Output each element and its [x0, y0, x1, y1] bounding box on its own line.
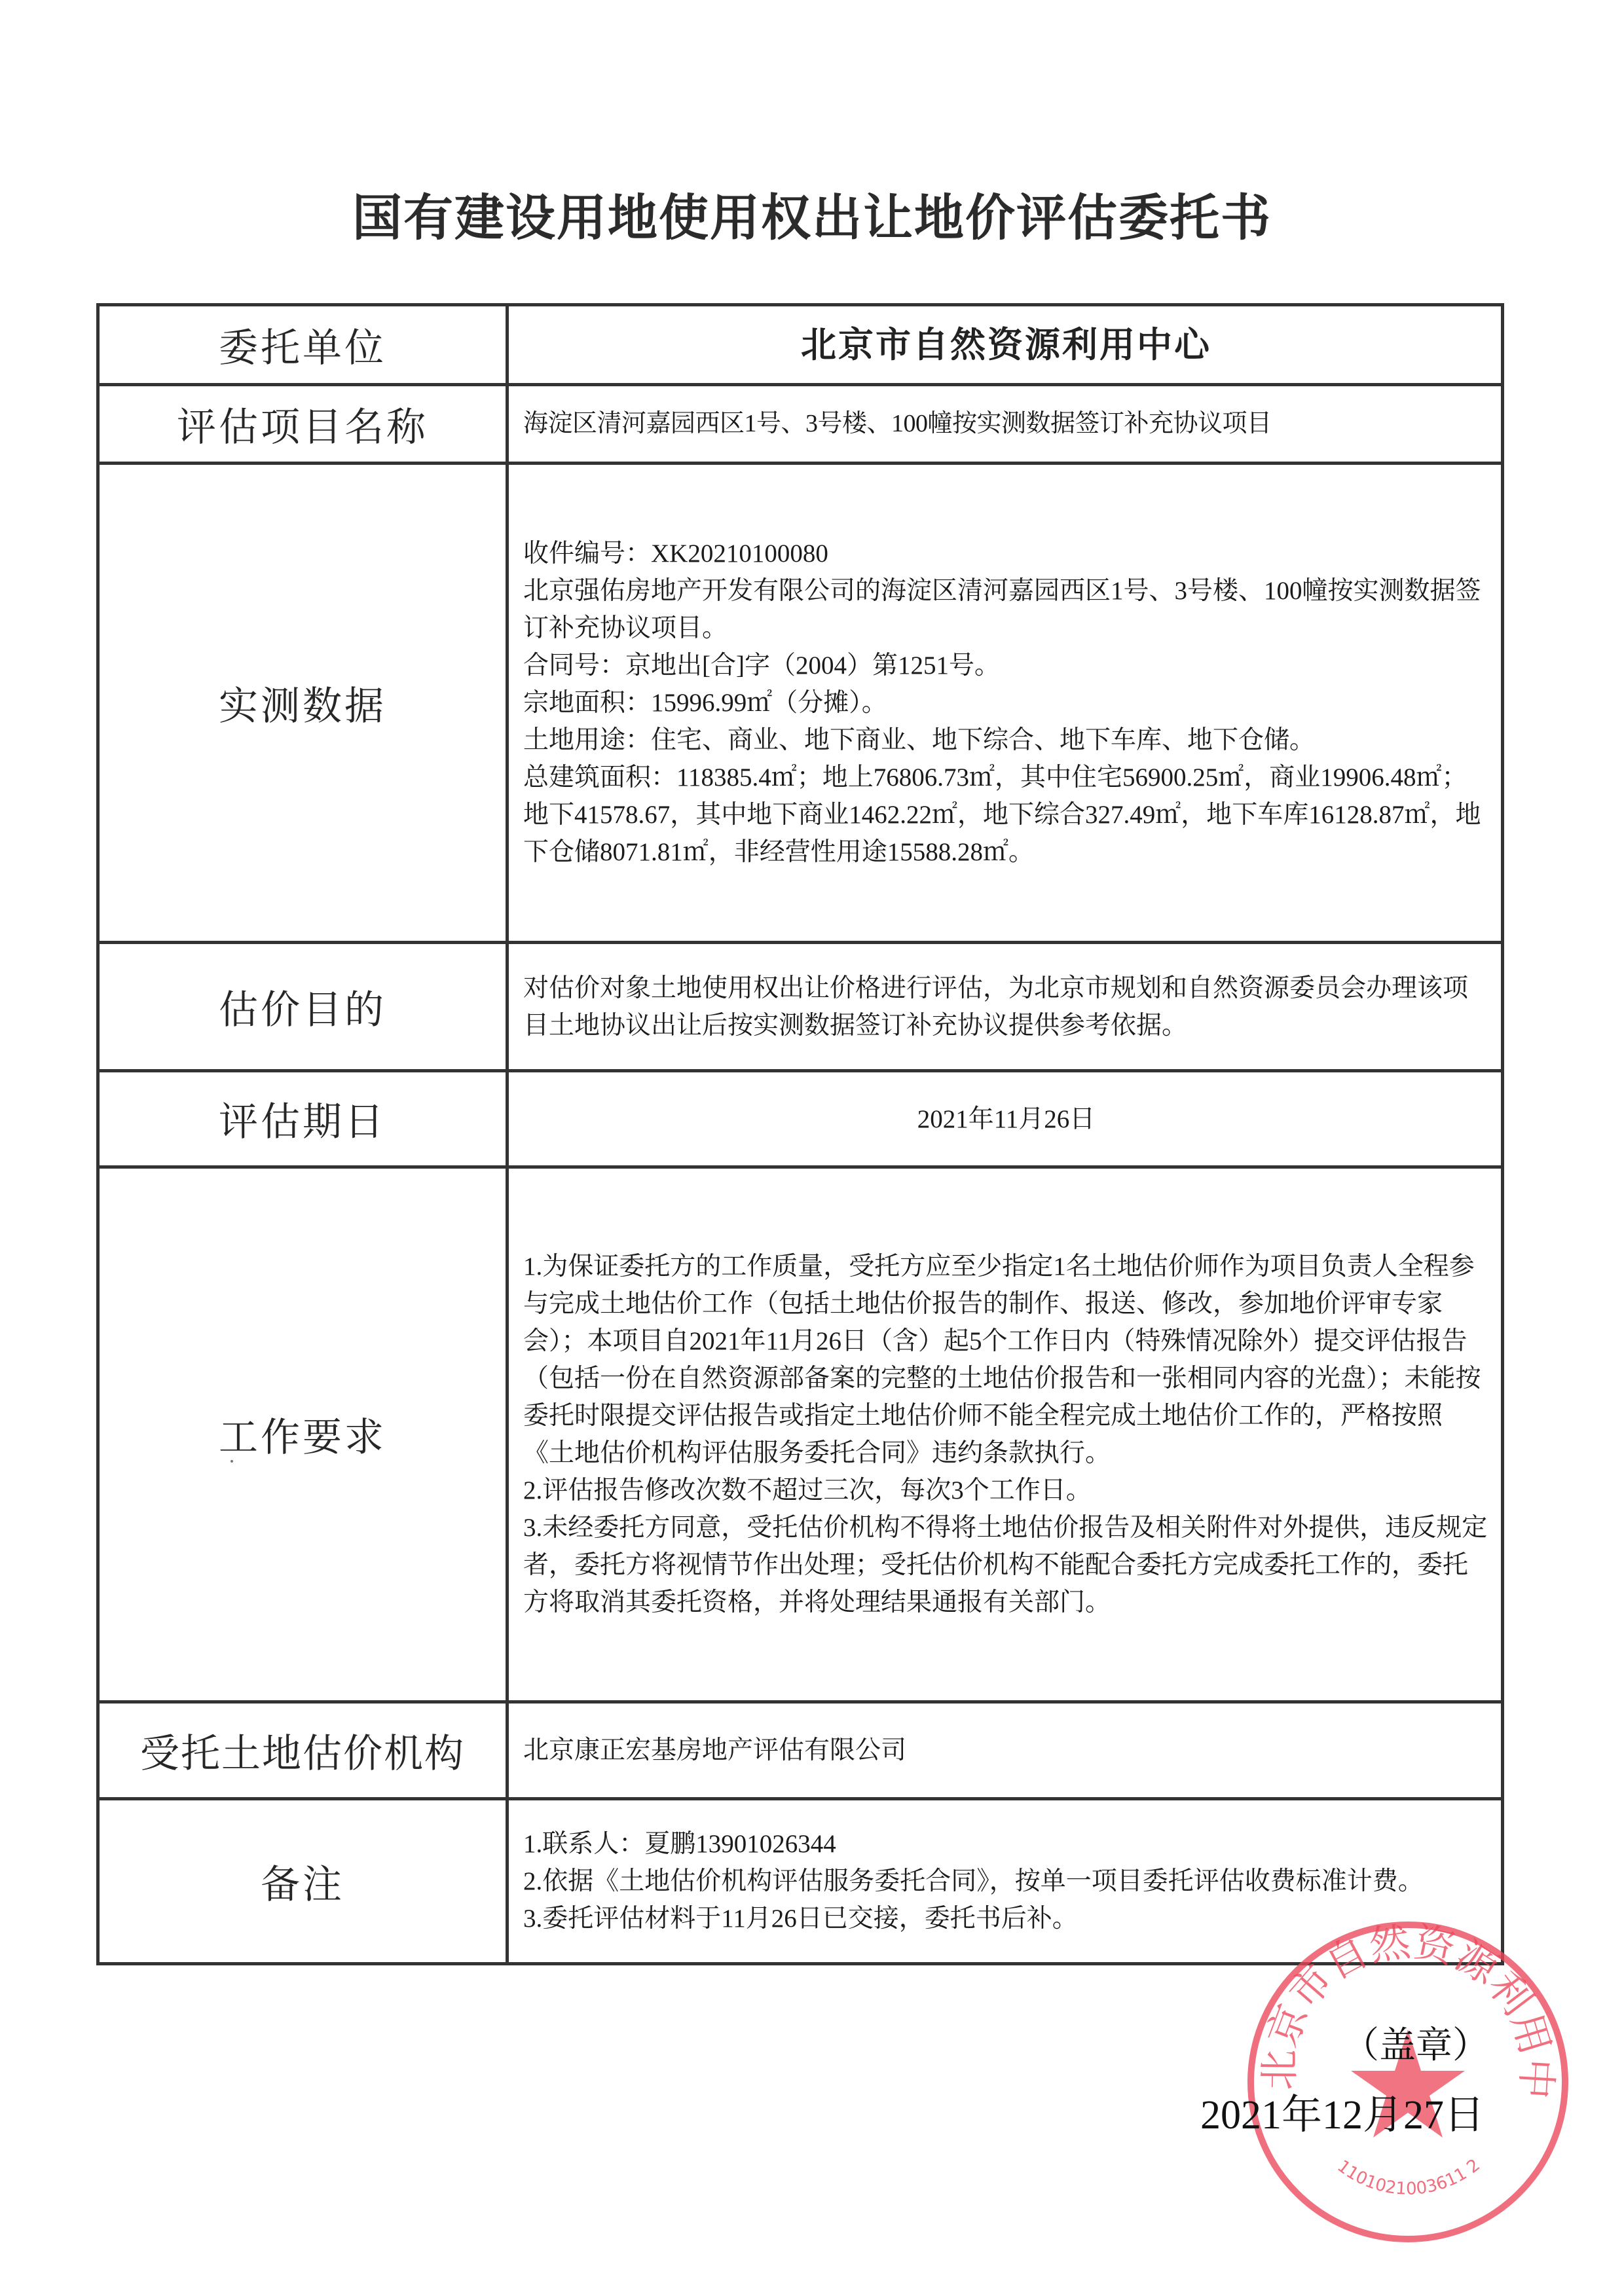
land-use: 土地用途：住宅、商业、地下商业、地下综合、地下车库、地下仓储。: [523, 721, 1489, 759]
remarks-label: 备注: [98, 1799, 507, 1964]
row-valuation-date: 评估期日 2021年11月26日: [98, 1071, 1503, 1167]
signature-date: 2021年12月27日: [1200, 2082, 1485, 2140]
svg-text:1101021003611 2: 1101021003611 2: [1333, 2155, 1484, 2199]
valuation-date-label: 评估期日: [98, 1071, 507, 1167]
scan-speck: [231, 1460, 233, 1463]
row-project-name: 评估项目名称 海淀区清河嘉园西区1号、3号楼、100幢按实测数据签订补充协议项目: [98, 385, 1503, 464]
appraiser-label: 受托土地估价机构: [98, 1702, 507, 1799]
contract-number: 合同号：京地出[合]字（2004）第1251号。: [523, 647, 1489, 684]
measured-data-value: 收件编号：XK20210100080 北京强佑房地产开发有限公司的海淀区清河嘉园…: [507, 464, 1503, 943]
requirement-item: 1.为保证委托方的工作质量，受托方应至少指定1名土地估价师作为项目负责人全程参与…: [523, 1248, 1489, 1472]
row-measured-data: 实测数据 收件编号：XK20210100080 北京强佑房地产开发有限公司的海淀…: [98, 464, 1503, 943]
appraiser-value: 北京康正宏基房地产评估有限公司: [507, 1702, 1503, 1799]
project-name-label: 评估项目名称: [98, 385, 507, 464]
row-appraiser: 受托土地估价机构 北京康正宏基房地产评估有限公司: [98, 1702, 1503, 1799]
measured-data-label: 实测数据: [98, 464, 507, 943]
purpose-value: 对估价对象土地使用权出让价格进行评估，为北京市规划和自然资源委员会办理该项目土地…: [507, 943, 1503, 1071]
entrustment-form-table: 委托单位 北京市自然资源利用中心 评估项目名称 海淀区清河嘉园西区1号、3号楼、…: [96, 303, 1504, 1965]
row-client: 委托单位 北京市自然资源利用中心: [98, 305, 1503, 385]
remark-item: 1.联系人：夏鹏13901026344: [523, 1825, 1489, 1863]
remark-item: 2.依据《土地估价机构评估服务委托合同》，按单一项目委托评估收费标准计费。: [523, 1863, 1489, 1900]
client-value: 北京市自然资源利用中心: [507, 305, 1503, 385]
project-name-value: 海淀区清河嘉园西区1号、3号楼、100幢按实测数据签订补充协议项目: [507, 385, 1503, 464]
receipt-number: 收件编号：XK20210100080: [523, 535, 1489, 572]
requirement-item: 2.评估报告修改次数不超过三次，每次3个工作日。: [523, 1472, 1489, 1509]
building-area: 总建筑面积：118385.4㎡；地上76806.73㎡，其中住宅56900.25…: [523, 759, 1489, 871]
valuation-date-value: 2021年11月26日: [507, 1071, 1503, 1167]
row-requirements: 工作要求 1.为保证委托方的工作质量，受托方应至少指定1名土地估价师作为项目负责…: [98, 1167, 1503, 1702]
document-title: 国有建设用地使用权出让地价评估委托书: [0, 178, 1624, 249]
requirements-value: 1.为保证委托方的工作质量，受托方应至少指定1名土地估价师作为项目负责人全程参与…: [507, 1167, 1503, 1702]
requirements-label: 工作要求: [98, 1167, 507, 1702]
project-description: 北京强佑房地产开发有限公司的海淀区清河嘉园西区1号、3号楼、100幢按实测数据签…: [523, 572, 1489, 647]
purpose-label: 估价目的: [98, 943, 507, 1071]
client-label: 委托单位: [98, 305, 507, 385]
requirement-item: 3.未经委托方同意，受托估价机构不得将土地估价报告及相关附件对外提供，违反规定者…: [523, 1509, 1489, 1621]
seal-note: （盖章）: [1342, 2016, 1489, 2069]
row-purpose: 估价目的 对估价对象土地使用权出让价格进行评估，为北京市规划和自然资源委员会办理…: [98, 943, 1503, 1071]
parcel-area: 宗地面积：15996.99㎡（分摊）。: [523, 684, 1489, 721]
